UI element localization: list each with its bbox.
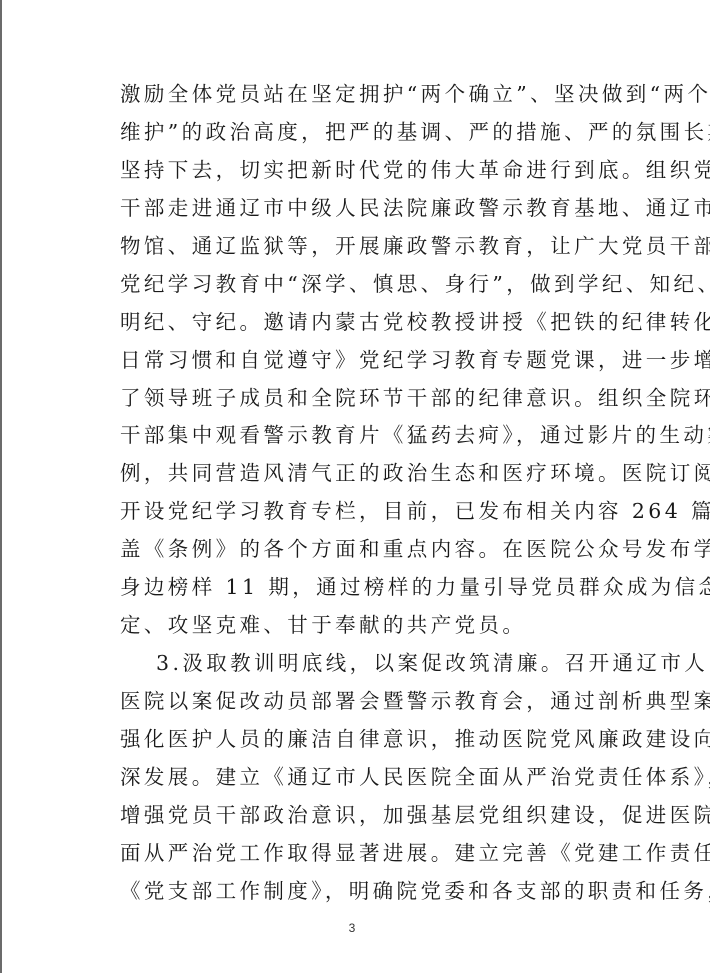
- text-line: 强化医护人员的廉洁自律意识，推动医院党风廉政建设向纵: [120, 721, 604, 759]
- text-line: 《党支部工作制度》，明确院党委和各支部的职责和任务，: [120, 873, 604, 911]
- text-line: 开设党纪学习教育专栏，目前，已发布相关内容 264 篇，涵: [120, 493, 604, 531]
- text-line: 党纪学习教育中“深学、慎思、身行”，做到学纪、知纪、: [120, 266, 604, 304]
- page-number: 3: [0, 921, 710, 935]
- text-line: 物馆、通辽监狱等，开展廉政警示教育，让广大党员干部在: [120, 228, 604, 266]
- document-body: 激励全体党员站在坚定拥护“两个确立”、坚决做到“两个 维护”的政治高度，把严的基…: [120, 76, 604, 911]
- paragraph-continued: 激励全体党员站在坚定拥护“两个确立”、坚决做到“两个 维护”的政治高度，把严的基…: [120, 76, 604, 645]
- text-line: 身边榜样 11 期，通过榜样的力量引导党员群众成为信念坚: [120, 569, 604, 607]
- text-line: 面从严治党工作取得显著进展。建立完善《党建工作责任制》: [120, 835, 604, 873]
- text-line: 定、攻坚克难、甘于奉献的共产党员。: [120, 607, 604, 645]
- text-line: 干部走进通辽市中级人民法院廉政警示教育基地、通辽市博: [120, 190, 604, 228]
- document-page: 激励全体党员站在坚定拥护“两个确立”、坚决做到“两个 维护”的政治高度，把严的基…: [0, 0, 710, 973]
- text-line: 深发展。建立《通辽市人民医院全面从严治党责任体系》，: [120, 759, 604, 797]
- text-line: 医院以案促改动员部署会暨警示教育会，通过剖析典型案例，: [120, 683, 604, 721]
- paragraph-section-3: 3.汲取教训明底线，以案促改筑清廉。召开通辽市人民 医院以案促改动员部署会暨警示…: [120, 645, 604, 911]
- text-line: 盖《条例》的各个方面和重点内容。在医院公众号发布学习: [120, 531, 604, 569]
- text-line: 增强党员干部政治意识，加强基层党组织建设，促进医院全: [120, 797, 604, 835]
- text-line: 激励全体党员站在坚定拥护“两个确立”、坚决做到“两个: [120, 76, 604, 114]
- text-line: 明纪、守纪。邀请内蒙古党校教授讲授《把铁的纪律转化为: [120, 304, 604, 342]
- text-line: 坚持下去，切实把新时代党的伟大革命进行到底。组织党员: [120, 152, 604, 190]
- section-heading-line: 3.汲取教训明底线，以案促改筑清廉。召开通辽市人民: [120, 645, 604, 683]
- text-line: 日常习惯和自觉遵守》党纪学习教育专题党课，进一步增强: [120, 342, 604, 380]
- text-line: 例，共同营造风清气正的政治生态和医疗环境。医院订阅号: [120, 455, 604, 493]
- text-line: 维护”的政治高度，把严的基调、严的措施、严的氛围长期: [120, 114, 604, 152]
- text-line: 干部集中观看警示教育片《猛药去疴》，通过影片的生动案: [120, 417, 604, 455]
- text-line: 了领导班子成员和全院环节干部的纪律意识。组织全院环节: [120, 380, 604, 418]
